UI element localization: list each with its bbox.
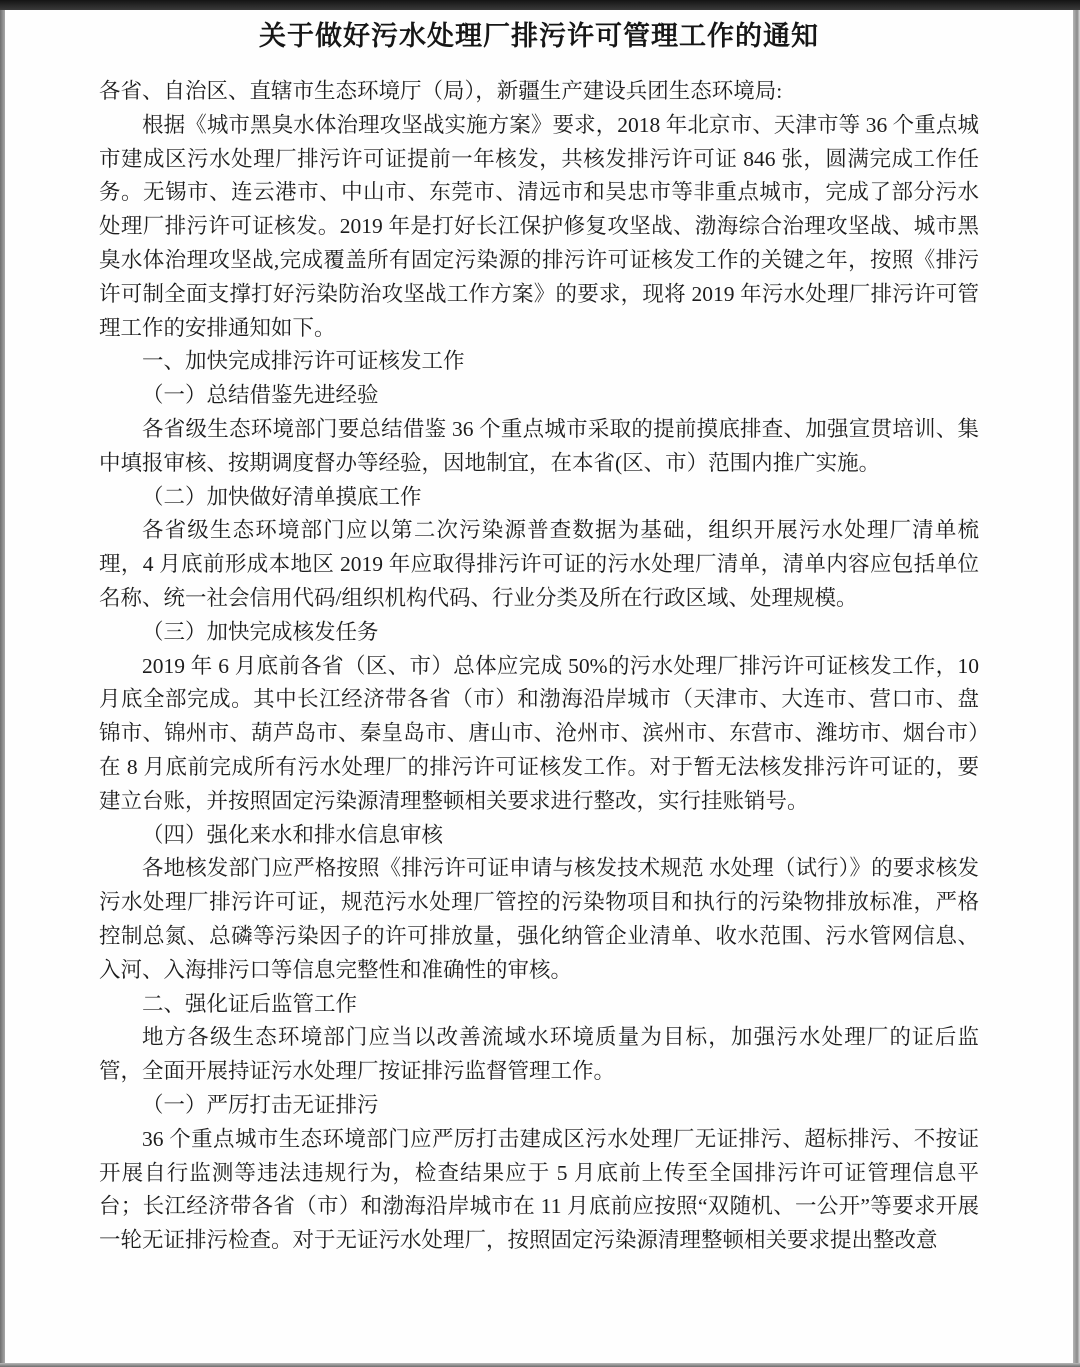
scan-right-edge: [1073, 0, 1080, 1367]
section-heading: 二、强化证后监管工作: [99, 988, 979, 1022]
scan-left-edge: [0, 0, 5, 1367]
body-paragraph: 地方各级生态环境部门应当以改善流域水环境质量为目标，加强污水处理厂的证后监管，全…: [99, 1021, 979, 1089]
document-page: 关于做好污水处理厂排污许可管理工作的通知 各省、自治区、直辖市生态环境厅（局），…: [5, 10, 1073, 1363]
body-paragraph: 36 个重点城市生态环境部门应严厉打击建成区污水处理厂无证排污、超标排污、不按证…: [99, 1123, 979, 1258]
subsection-heading: （一）严厉打击无证排污: [99, 1089, 979, 1123]
salutation-line: 各省、自治区、直辖市生态环境厅（局），新疆生产建设兵团生态环境局:: [99, 75, 979, 109]
body-paragraph: 各省级生态环境部门要总结借鉴 36 个重点城市采取的提前摸底排查、加强宣贯培训、…: [99, 413, 979, 481]
subsection-heading: （二）加快做好清单摸底工作: [99, 481, 979, 515]
document-body: 各省、自治区、直辖市生态环境厅（局），新疆生产建设兵团生态环境局:根据《城市黑臭…: [99, 75, 979, 1258]
subsection-heading: （一）总结借鉴先进经验: [99, 379, 979, 413]
section-heading: 一、加快完成排污许可证核发工作: [99, 345, 979, 379]
document-title: 关于做好污水处理厂排污许可管理工作的通知: [99, 18, 979, 54]
scan-bottom-edge: [0, 1363, 1080, 1367]
body-paragraph: 各地核发部门应严格按照《排污许可证申请与核发技术规范 水处理（试行）》的要求核发…: [99, 852, 979, 987]
scan-top-edge: [0, 0, 1080, 10]
subsection-heading: （四）强化来水和排水信息审核: [99, 819, 979, 853]
body-paragraph: 根据《城市黑臭水体治理攻坚战实施方案》要求，2018 年北京市、天津市等 36 …: [99, 109, 979, 346]
body-paragraph: 2019 年 6 月底前各省（区、市）总体应完成 50%的污水处理厂排污许可证核…: [99, 650, 979, 819]
subsection-heading: （三）加快完成核发任务: [99, 616, 979, 650]
body-paragraph: 各省级生态环境部门应以第二次污染源普查数据为基础，组织开展污水处理厂清单梳理，4…: [99, 514, 979, 615]
